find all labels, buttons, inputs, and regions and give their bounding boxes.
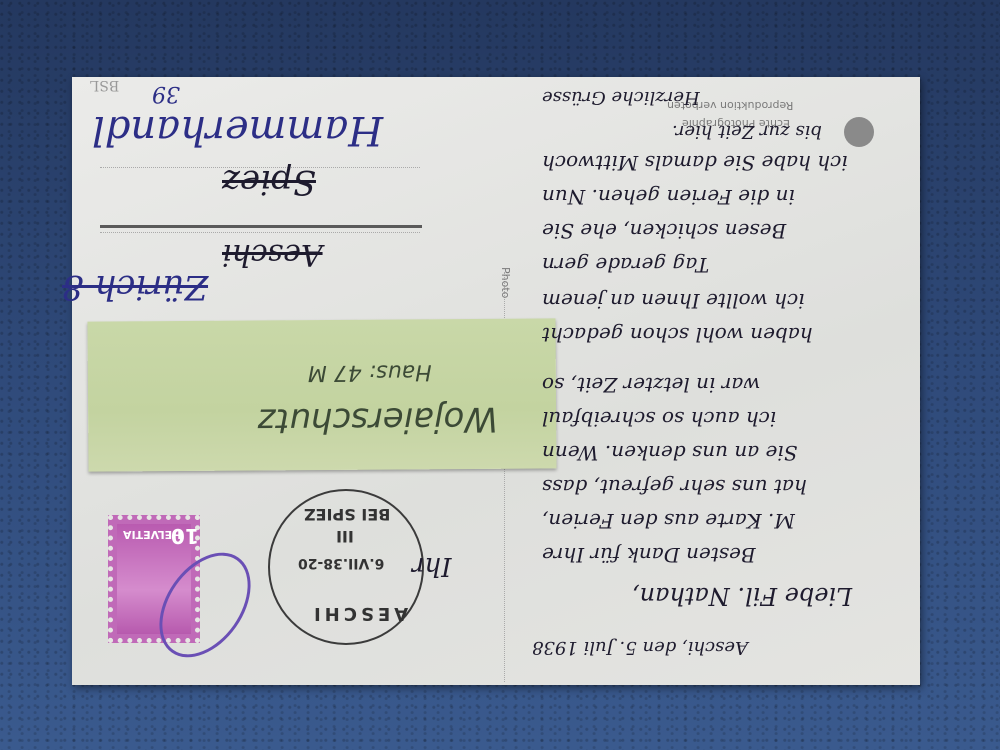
message-line: ich habe Sie damals Mittwoch — [542, 151, 848, 175]
message-line: haben wohl schon gedacht — [542, 323, 813, 347]
label-line-1: Wojaierschutz — [258, 399, 498, 441]
message-line: in die Ferien gehen. Nun — [542, 185, 795, 209]
postmark-sub: BEI SPIEZ — [304, 505, 390, 524]
postmark-town: AESCHI — [310, 603, 408, 624]
message-line: Herzliche Grüsse — [542, 87, 700, 108]
message-line: hat uns sehr gefreut, dass — [542, 475, 807, 499]
message-line: Besen schicken, ehe Sie — [542, 219, 786, 243]
address-divider — [100, 225, 422, 228]
green-label: Haus: 47 M Wojaierschutz — [87, 318, 556, 471]
message-line: Besten Dank für Ihre — [542, 543, 756, 567]
corner-note: BSL — [90, 77, 119, 93]
postmark: BEI SPIEZ III 6.VII.38-20 AESCHI — [268, 489, 424, 645]
address-line-4: Zürich 8 — [62, 267, 208, 307]
message-line: ich wollte Ihnen an jenem — [542, 289, 805, 313]
postmark-date: 6.VII.38-20 — [298, 555, 384, 571]
label-line-2: Haus: 47 M — [308, 359, 432, 385]
message-line: Tag gerade gern — [542, 253, 709, 277]
printed-side-text: Photo — [499, 267, 512, 298]
message-line: Sie an uns denken. Wenn — [542, 441, 797, 465]
pencil-note: 39 — [152, 81, 180, 106]
address-dotted-line — [100, 232, 420, 233]
message-line: M. Karte aus den Ferien, — [542, 509, 795, 533]
message-date: Aeschi, den 5. Juli 1938 — [532, 637, 748, 658]
message-line: bis zur Zeit hier. — [672, 121, 822, 142]
message-line: war in letzter Zeit, so — [542, 373, 760, 397]
address-line-1: Hammerhandl — [92, 107, 383, 153]
publisher-logo-icon — [844, 117, 874, 147]
message-line: ich auch so schreibfaul — [542, 407, 776, 431]
stamp-value: 10 — [171, 524, 199, 548]
address-line-2: Spiez — [222, 162, 316, 202]
address-line-3: Aeschi — [222, 237, 323, 272]
postmark-roman: III — [336, 527, 354, 546]
message-greeting: Liebe Fil. Nathan, — [632, 582, 852, 610]
postcard: BSL 39 Hammerhandl Spiez Aeschi Zürich 8… — [72, 77, 920, 685]
message-signature: Ihr — [412, 551, 451, 581]
